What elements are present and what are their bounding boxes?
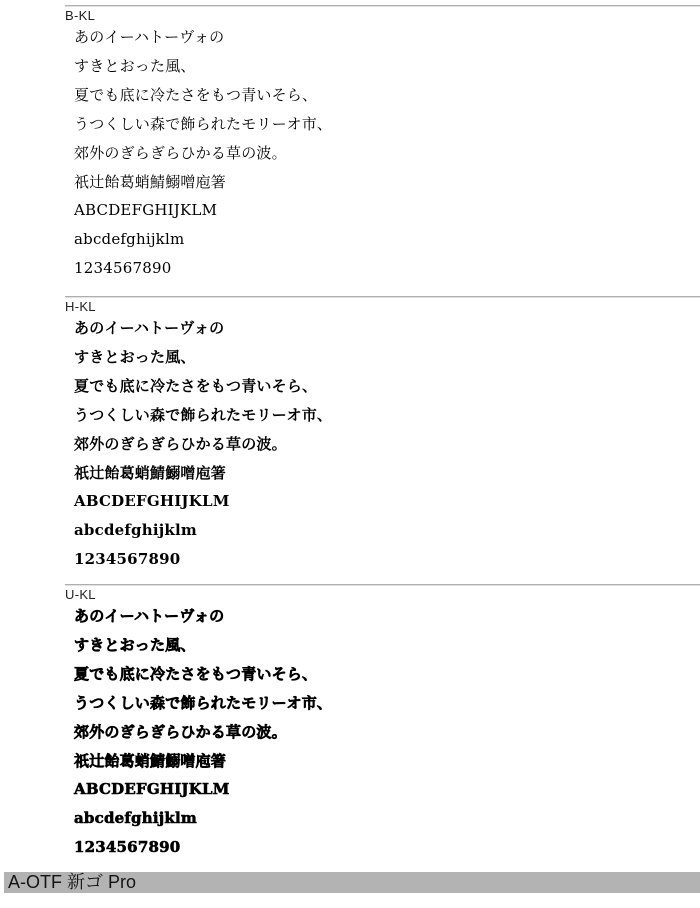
- section-weight-label: H-KL: [65, 299, 700, 314]
- font-specimen-page: B-KL あのイーハトーヴォの すきとおった風、 夏でも底に冷たさをもつ青いそら…: [0, 0, 700, 908]
- specimen-line-japanese-2: すきとおった風、: [74, 52, 700, 81]
- section-divider: [65, 584, 700, 586]
- section-weight-label: B-KL: [65, 8, 700, 23]
- specimen-line-japanese-1: あのイーハトーヴォの: [74, 602, 700, 631]
- specimen-line-japanese-5: 郊外のぎらぎらひかる草の波。: [74, 430, 700, 459]
- specimen-line-japanese-4: うつくしい森で飾られたモリーオ市、: [74, 689, 700, 718]
- specimen-line-kanji-test: 祇辻飴葛蛸鯖鰯噌庖箸: [74, 168, 700, 197]
- specimen-line-latin-lower: abcdefghijklm: [74, 804, 700, 833]
- specimen-line-japanese-3: 夏でも底に冷たさをもつ青いそら、: [74, 660, 700, 689]
- specimen-line-kanji-test: 祇辻飴葛蛸鯖鰯噌庖箸: [74, 747, 700, 776]
- specimen-body: あのイーハトーヴォの すきとおった風、 夏でも底に冷たさをもつ青いそら、 うつく…: [74, 23, 700, 283]
- specimen-line-japanese-5: 郊外のぎらぎらひかる草の波。: [74, 139, 700, 168]
- specimen-line-japanese-3: 夏でも底に冷たさをもつ青いそら、: [74, 372, 700, 401]
- specimen-line-japanese-5: 郊外のぎらぎらひかる草の波。: [74, 718, 700, 747]
- specimen-line-latin-upper: ABCDEFGHIJKLM: [74, 487, 700, 516]
- specimen-line-japanese-4: うつくしい森で飾られたモリーオ市、: [74, 401, 700, 430]
- specimen-line-japanese-2: すきとおった風、: [74, 343, 700, 372]
- specimen-section-h-kl: H-KL あのイーハトーヴォの すきとおった風、 夏でも底に冷たさをもつ青いそら…: [65, 296, 700, 574]
- specimen-line-digits: 1234567890: [74, 545, 700, 574]
- specimen-line-japanese-1: あのイーハトーヴォの: [74, 23, 700, 52]
- section-divider: [65, 296, 700, 298]
- specimen-line-japanese-3: 夏でも底に冷たさをもつ青いそら、: [74, 81, 700, 110]
- specimen-line-latin-lower: abcdefghijklm: [74, 225, 700, 254]
- font-family-name: A-OTF 新ゴ Pro: [4, 872, 136, 893]
- specimen-line-japanese-4: うつくしい森で飾られたモリーオ市、: [74, 110, 700, 139]
- specimen-section-u-kl: U-KL あのイーハトーヴォの すきとおった風、 夏でも底に冷たさをもつ青いそら…: [65, 584, 700, 862]
- font-family-header-bar: A-OTF 新ゴ Pro: [4, 872, 700, 893]
- specimen-line-latin-upper: ABCDEFGHIJKLM: [74, 775, 700, 804]
- specimen-line-digits: 1234567890: [74, 833, 700, 862]
- specimen-line-digits: 1234567890: [74, 254, 700, 283]
- specimen-line-japanese-1: あのイーハトーヴォの: [74, 314, 700, 343]
- specimen-line-latin-lower: abcdefghijklm: [74, 516, 700, 545]
- specimen-section-b-kl: B-KL あのイーハトーヴォの すきとおった風、 夏でも底に冷たさをもつ青いそら…: [65, 5, 700, 283]
- specimen-line-kanji-test: 祇辻飴葛蛸鯖鰯噌庖箸: [74, 459, 700, 488]
- section-weight-label: U-KL: [65, 587, 700, 602]
- specimen-line-latin-upper: ABCDEFGHIJKLM: [74, 196, 700, 225]
- specimen-body: あのイーハトーヴォの すきとおった風、 夏でも底に冷たさをもつ青いそら、 うつく…: [74, 314, 700, 574]
- specimen-line-japanese-2: すきとおった風、: [74, 631, 700, 660]
- specimen-body: あのイーハトーヴォの すきとおった風、 夏でも底に冷たさをもつ青いそら、 うつく…: [74, 602, 700, 862]
- section-divider: [65, 5, 700, 7]
